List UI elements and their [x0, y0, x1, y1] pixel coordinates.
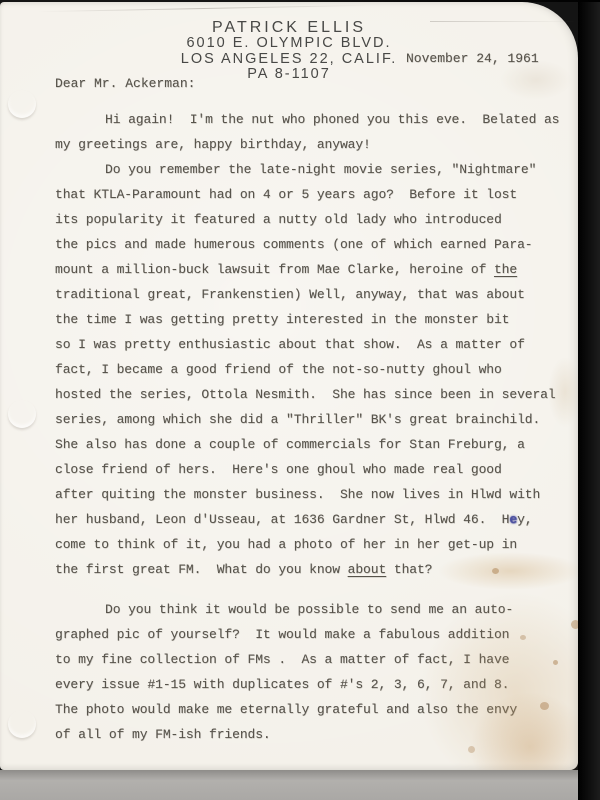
typed-line: fact, I became a good friend of the not-…: [55, 357, 575, 382]
date-line: November 24, 1961: [406, 51, 539, 66]
typed-line: so I was pretty enthusiastic about that …: [55, 332, 575, 357]
typed-line: the time I was getting pretty interested…: [55, 307, 575, 332]
typed-line: my greetings are, happy birthday, anyway…: [55, 132, 575, 157]
paper-emboss-mark: [8, 710, 36, 738]
scan-edge-top: [60, 0, 600, 2]
typed-line: its popularity it featured a nutty old l…: [55, 207, 575, 232]
typed-line: hosted the series, Ottola Nesmith. She h…: [55, 382, 575, 407]
typed-line: come to think of it, you had a photo of …: [55, 532, 575, 557]
letterhead-address: 6010 E. OLYMPIC BLVD.: [0, 36, 578, 52]
typed-line: series, among which she did a "Thriller"…: [55, 407, 575, 432]
letter-body: Hi again! I'm the nut who phoned you thi…: [55, 107, 575, 747]
typed-line: Do you remember the late-night movie ser…: [55, 157, 575, 182]
scan-edge-right: [578, 0, 600, 800]
typed-line: close friend of hers. Here's one ghoul w…: [55, 457, 575, 482]
paragraph: Hi again! I'm the nut who phoned you thi…: [55, 107, 575, 157]
typed-line: the first great FM. What do you know abo…: [55, 557, 575, 582]
typed-line: her husband, Leon d'Usseau, at 1636 Gard…: [55, 507, 575, 532]
typed-line: Hi again! I'm the nut who phoned you thi…: [55, 107, 575, 132]
typed-line: The photo would make me eternally gratef…: [55, 697, 575, 722]
letter-page: PATRICK ELLIS 6010 E. OLYMPIC BLVD. LOS …: [0, 2, 578, 770]
paragraph: Do you remember the late-night movie ser…: [55, 157, 575, 582]
paragraph: Do you think it would be possible to sen…: [55, 597, 575, 747]
typed-line: of all of my FM-ish friends.: [55, 722, 575, 747]
salutation: Dear Mr. Ackerman:: [55, 76, 195, 91]
paper-emboss-mark: [8, 400, 36, 428]
typed-line: traditional great, Frankenstien) Well, a…: [55, 282, 575, 307]
typed-line: Do you think it would be possible to sen…: [55, 597, 575, 622]
paper-crease: [38, 5, 368, 12]
typed-line: mount a million-buck lawsuit from Mae Cl…: [55, 257, 575, 282]
letterhead-name: PATRICK ELLIS: [0, 19, 578, 36]
stain-spot: [468, 746, 475, 753]
typed-line: graphed pic of yourself? It would make a…: [55, 622, 575, 647]
handwritten-ink-correction: e: [509, 512, 517, 527]
typed-line: that KTLA-Paramount had on 4 or 5 years …: [55, 182, 575, 207]
paper-emboss-mark: [8, 90, 36, 118]
typed-line: the pics and made humerous comments (one…: [55, 232, 575, 257]
typed-line: to my fine collection of FMs . As a matt…: [55, 647, 575, 672]
typed-line: every issue #1-15 with duplicates of #'s…: [55, 672, 575, 697]
scanner-bed-strip: [0, 770, 600, 800]
typed-line: after quiting the monster business. She …: [55, 482, 575, 507]
typed-line: She also has done a couple of commercial…: [55, 432, 575, 457]
scanned-letter-screenshot: { "colors": { "paper": "#f4f1ea", "typed…: [0, 0, 600, 800]
